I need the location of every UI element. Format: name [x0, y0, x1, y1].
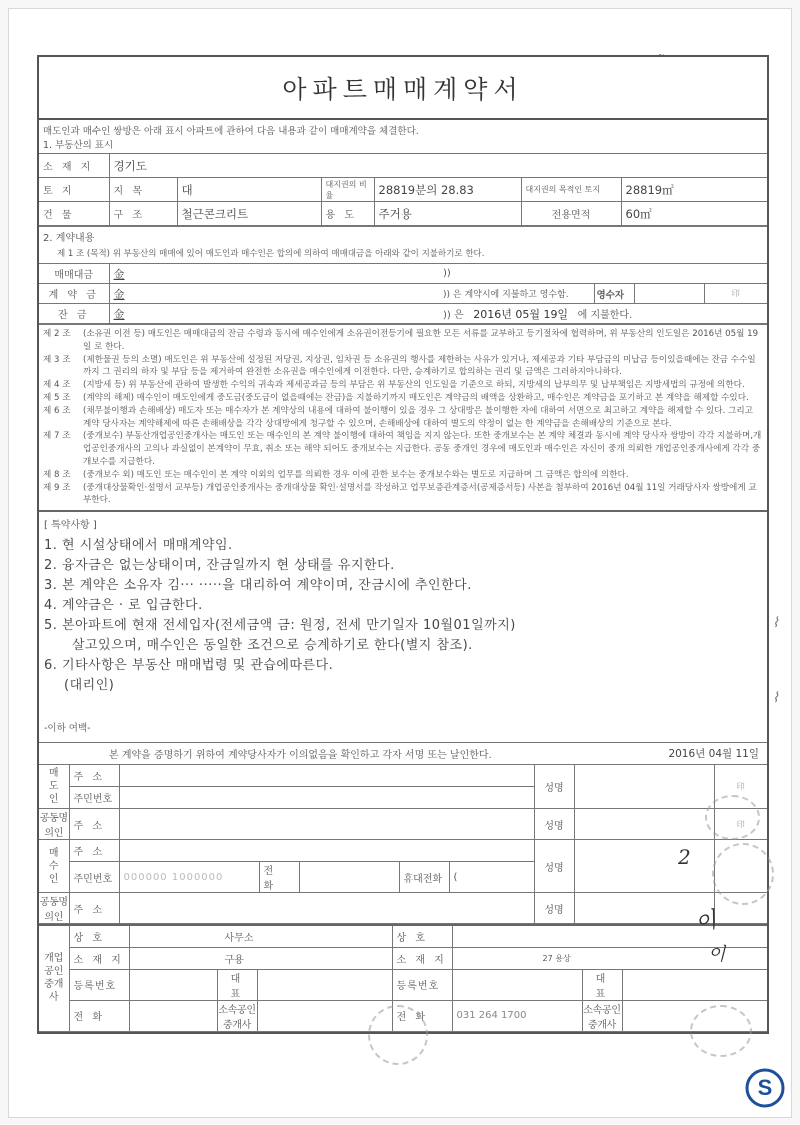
use-value: 주거용 — [374, 202, 521, 226]
broker-right-rep-label: 대 표 — [582, 969, 622, 1000]
use-label: 용 도 — [321, 202, 374, 226]
broker-right-reg-label: 등록번호 — [392, 969, 452, 1000]
seller-joint-sign-label: 성명 — [534, 809, 574, 840]
special-term-5-cont: 살고있으며, 매수인은 동일한 조건으로 승계하기로 한다(별지 참조). — [44, 636, 762, 656]
article-number: 제 8 조 — [43, 469, 83, 482]
land-ratio-value: 28819분의 28.83 — [374, 178, 521, 202]
seller-sign-label: 성명 — [534, 765, 574, 809]
special-term-3: 3. 본 계약은 소유자 김··· ·····을 대리하여 계약이며, 잔금시에… — [44, 576, 762, 596]
blank-mark: -이하 여백- — [44, 720, 91, 734]
special-term-1: 1. 현 시설상태에서 매매계약임. — [44, 536, 762, 556]
article-text: (중개대상물확인·설명서 교부등) 개업공인중개사는 중개대상물 확인·설명서를… — [83, 482, 763, 508]
seller-sign-field[interactable] — [574, 765, 714, 809]
broker-right-name-label: 상 호 — [392, 925, 452, 947]
signing-statement-row: 본 계약을 증명하기 위하여 계약당사자가 이의없음을 확인하고 각자 서명 또… — [39, 742, 767, 764]
land-ratio-label: 대지권의 비율 — [321, 178, 374, 202]
property-table: 소 재 지 경기도 토 지 지 목 대 대지권의 비율 28819분의 28.8… — [39, 153, 767, 226]
land-label: 토 지 — [39, 178, 109, 202]
sale-price-label: 매매대금 — [39, 264, 109, 284]
seller-address-field[interactable] — [119, 765, 534, 787]
balance-note-suffix: 에 지불한다. — [578, 310, 633, 321]
buyer-joint-label: 공동명의인 — [39, 893, 69, 924]
buyer-joint-sign-label: 성명 — [534, 893, 574, 924]
seller-signature: 2 — [678, 845, 691, 869]
buyer-phone-label: 전 화 — [259, 862, 299, 893]
broker-left-reg — [129, 969, 217, 1000]
seller-label: 매도인 — [39, 765, 69, 809]
broker-phone-label: 전 화 — [69, 1000, 129, 1031]
signing-date: 2016년 04월 11일 — [668, 746, 759, 761]
seller-id-field[interactable] — [119, 787, 534, 809]
article-number: 제 9 조 — [43, 482, 83, 508]
special-term-2: 2. 융자금은 없는상태이며, 잔금일까지 현 상태를 유지한다. — [44, 556, 762, 576]
buyer-mobile-field[interactable]: ( — [449, 862, 534, 893]
article-item: 제 6 조(채무불이행과 손해배상) 매도자 또는 매수자가 본 계약상의 내용… — [43, 405, 763, 431]
section2-title: 2. 계약내용 — [39, 226, 767, 246]
sale-price-currency: 金 — [114, 268, 125, 281]
broker-reg-label: 등록번호 — [69, 969, 129, 1000]
building-label: 건 물 — [39, 202, 109, 226]
svg-text:S: S — [758, 1075, 773, 1100]
margin-mark-2: ⌇ — [772, 690, 779, 706]
seller-joint-label: 공동명의인 — [39, 809, 69, 840]
special-term-5: 5. 본아파트에 현재 전세입자(전세금액 금: 원정, 전세 만기일자 10월… — [44, 616, 762, 636]
broker-right-phone: 031 264 1700 — [452, 1000, 582, 1031]
seller-address-label: 주 소 — [69, 765, 119, 787]
special-terms-header: [ 특약사항 ] — [44, 516, 762, 531]
document-title: 아파트매매계약서 — [282, 70, 523, 106]
articles-list: 제 2 조(소유권 이전 등) 매도인은 매매대금의 잔금 수령과 동시에 매수… — [39, 324, 767, 510]
broker-reg-row: 등록번호 대 표 등록번호 대 표 — [39, 969, 767, 1000]
seal-stamp-broker-right — [690, 1005, 752, 1057]
broker-location-label: 소 재 지 — [69, 947, 129, 969]
broker-right-location-label: 소 재 지 — [392, 947, 452, 969]
broker-name-label: 상 호 — [69, 925, 129, 947]
article-text: (제한물권 등의 소멸) 매도인은 위 부동산에 설정된 저당권, 지상권, 임… — [83, 354, 763, 380]
article-number: 제 6 조 — [43, 405, 83, 431]
article-number: 제 2 조 — [43, 328, 83, 354]
deposit-currency: 金 — [114, 288, 125, 301]
sale-price-row: 매매대금 金 )) — [39, 264, 767, 284]
broker-left-location: 구용 — [129, 947, 392, 969]
structure-label: 구 조 — [109, 202, 177, 226]
seller-joint-row: 공동명의인 주 소 성명 印 — [39, 809, 767, 840]
article-text: (계약의 해제) 매수인이 매도인에게 중도금(중도금이 없을때에는 잔금)을 … — [83, 392, 763, 405]
land-category-label: 지 목 — [109, 178, 177, 202]
margin-mark: ⌇ — [772, 615, 779, 631]
section1-title: 1. 부동산의 표시 — [39, 137, 767, 153]
article-text: (소유권 이전 등) 매도인은 매매대금의 잔금 수령과 동시에 매수인에게 소… — [83, 328, 763, 354]
buyer-mobile-label: 휴대전화 — [399, 862, 449, 893]
article-item: 제 3 조(제한물권 등의 소멸) 매도인은 위 부동산에 설정된 저당권, 지… — [43, 354, 763, 380]
broker-name-row: 개업공인중개사 상 호 사무소 상 호 — [39, 925, 767, 947]
deposit-label: 계 약 금 — [39, 284, 109, 304]
broker-right-rep — [622, 969, 767, 1000]
buyer-sign-field[interactable] — [574, 840, 714, 893]
broker-left-rep-label: 대 표 — [217, 969, 257, 1000]
buyer-joint-address-label: 주 소 — [69, 893, 119, 924]
broker-right-reg — [452, 969, 582, 1000]
location-value: 경기도 — [109, 154, 767, 178]
deposit-row: 계 약 금 金 )) 은 계약시에 지불하고 영수함. 영수자 印 — [39, 284, 767, 304]
seal-stamp-broker-left — [368, 1005, 428, 1065]
special-term-agent: (대리인) — [44, 676, 762, 696]
sale-price-paren: )) — [439, 264, 767, 284]
article-number: 제 7 조 — [43, 430, 83, 468]
article-item: 제 5 조(계약의 해제) 매수인이 매도인에게 중도금(중도금이 없을때에는 … — [43, 392, 763, 405]
article-text: (지방세 등) 위 부동산에 관하여 발생한 수익의 귀속과 제세공과금 등의 … — [83, 379, 763, 392]
buyer-address-row: 매수인 주 소 성명 — [39, 840, 767, 862]
buyer-phone-field[interactable] — [299, 862, 399, 893]
buyer-joint-row: 공동명의인 주 소 성명 — [39, 893, 767, 924]
balance-row: 잔 금 金 )) 은 2016년 05월 19일 에 지불한다. — [39, 304, 767, 324]
article-number: 제 3 조 — [43, 354, 83, 380]
article-number: 제 5 조 — [43, 392, 83, 405]
seller-address-row: 매도인 주 소 성명 印 — [39, 765, 767, 787]
buyer-joint-address-field[interactable] — [119, 893, 534, 924]
parties-table: 매도인 주 소 성명 印 주민번호 공동명의인 주 소 성명 印 매수인 주 소… — [39, 764, 767, 924]
seller-id-label: 주민번호 — [69, 787, 119, 809]
balance-label: 잔 금 — [39, 304, 109, 324]
land-area-value: 28819㎡ — [621, 178, 767, 202]
broker-left-phone — [129, 1000, 217, 1031]
article-item: 제 9 조(중개대상물확인·설명서 교부등) 개업공인중개사는 중개대상물 확인… — [43, 482, 763, 508]
payment-table: 매매대금 金 )) 계 약 금 金 )) 은 계약시에 지불하고 영수함. 영수… — [39, 263, 767, 324]
seller-joint-sign-field[interactable] — [574, 809, 714, 840]
scanner-logo-icon: S — [745, 1068, 785, 1108]
seal-stamp-date — [705, 795, 760, 840]
seller-joint-address-field[interactable] — [119, 809, 534, 840]
article-text: (채무불이행과 손해배상) 매도자 또는 매수자가 본 계약상의 내용에 대하여… — [83, 405, 763, 431]
broker-left-agent-label: 소속공인중개사 — [217, 1000, 257, 1031]
broker-location-row: 소 재 지 구용 소 재 지 27 용상 — [39, 947, 767, 969]
location-label: 소 재 지 — [39, 154, 109, 178]
balance-date: 2016년 05월 19일 — [473, 308, 568, 321]
intro-text: 매도인과 매수인 쌍방은 아래 표시 아파트에 관하여 다음 내용과 같이 매매… — [39, 120, 767, 137]
deposit-note: )) 은 계약시에 지불하고 영수함. — [439, 284, 594, 304]
buyer-sign-label: 성명 — [534, 840, 574, 893]
receiver-seal: 印 — [704, 284, 767, 304]
land-row: 토 지 지 목 대 대지권의 비율 28819분의 28.83 대지권의 목적인… — [39, 178, 767, 202]
article-text: (중개보수) 부동산개업공인중개사는 매도인 또는 매수인의 본 계약 불이행에… — [83, 430, 763, 468]
seal-stamp-seller — [712, 843, 774, 905]
broker-right-agent-label: 소속공인중개사 — [582, 1000, 622, 1031]
exclusive-area-label: 전용면적 — [521, 202, 621, 226]
land-area-label: 대지권의 목적인 토지 — [521, 178, 621, 202]
article-item: 제 2 조(소유권 이전 등) 매도인은 매매대금의 잔금 수령과 동시에 매수… — [43, 328, 763, 354]
buyer-address-label: 주 소 — [69, 840, 119, 862]
special-term-6: 6. 기타사항은 부동산 매매법령 및 관습에따른다. — [44, 656, 762, 676]
seller-joint-address-label: 주 소 — [69, 809, 119, 840]
receiver-label: 영수자 — [594, 284, 634, 304]
building-row: 건 물 구 조 철근콘크리트 용 도 주거용 전용면적 60㎡ — [39, 202, 767, 226]
location-row: 소 재 지 경기도 — [39, 154, 767, 178]
broker-left-name: 사무소 — [129, 925, 392, 947]
buyer-id-label: 주민번호 — [69, 862, 119, 893]
article-item: 제 7 조(중개보수) 부동산개업공인중개사는 매도인 또는 매수인의 본 계약… — [43, 430, 763, 468]
buyer-address-field[interactable] — [119, 840, 534, 862]
land-category-value: 대 — [177, 178, 321, 202]
receiver-field[interactable] — [634, 284, 704, 304]
article-1: 제 1 조 (목적) 위 부동산의 매매에 있어 매도인과 매수인은 합의에 의… — [39, 246, 767, 263]
broker-group-label: 개업공인중개사 — [39, 925, 69, 1031]
special-term-4: 4. 계약금은 · 로 입금한다. — [44, 596, 762, 616]
buyer-id-value[interactable]: 000000 1000000 — [119, 862, 259, 893]
structure-value: 철근콘크리트 — [177, 202, 321, 226]
article-item: 제 4 조(지방세 등) 위 부동산에 관하여 발생한 수익의 귀속과 제세공과… — [43, 379, 763, 392]
article-text: (중개보수 외) 매도인 또는 매수인이 본 계약 이외의 업무를 의뢰한 경우… — [83, 469, 763, 482]
buyer-label: 매수인 — [39, 840, 69, 893]
article-item: 제 8 조(중개보수 외) 매도인 또는 매수인이 본 계약 이외의 업무를 의… — [43, 469, 763, 482]
broker-left-rep — [257, 969, 392, 1000]
title-row: 아파트매매계약서 — [39, 57, 767, 120]
article-number: 제 4 조 — [43, 379, 83, 392]
contract-document: 아파트매매계약서 매도인과 매수인 쌍방은 아래 표시 아파트에 관하여 다음 … — [37, 55, 769, 1034]
balance-note-prefix: )) 은 — [443, 310, 464, 321]
exclusive-area-value: 60㎡ — [621, 202, 767, 226]
signing-statement: 본 계약을 증명하기 위하여 계약당사자가 이의없음을 확인하고 각자 서명 또… — [109, 746, 492, 761]
special-terms: [ 특약사항 ] 1. 현 시설상태에서 매매계약임. 2. 융자금은 없는상태… — [39, 510, 767, 742]
balance-currency: 金 — [114, 308, 125, 321]
joint-signature: 이 — [708, 940, 725, 966]
